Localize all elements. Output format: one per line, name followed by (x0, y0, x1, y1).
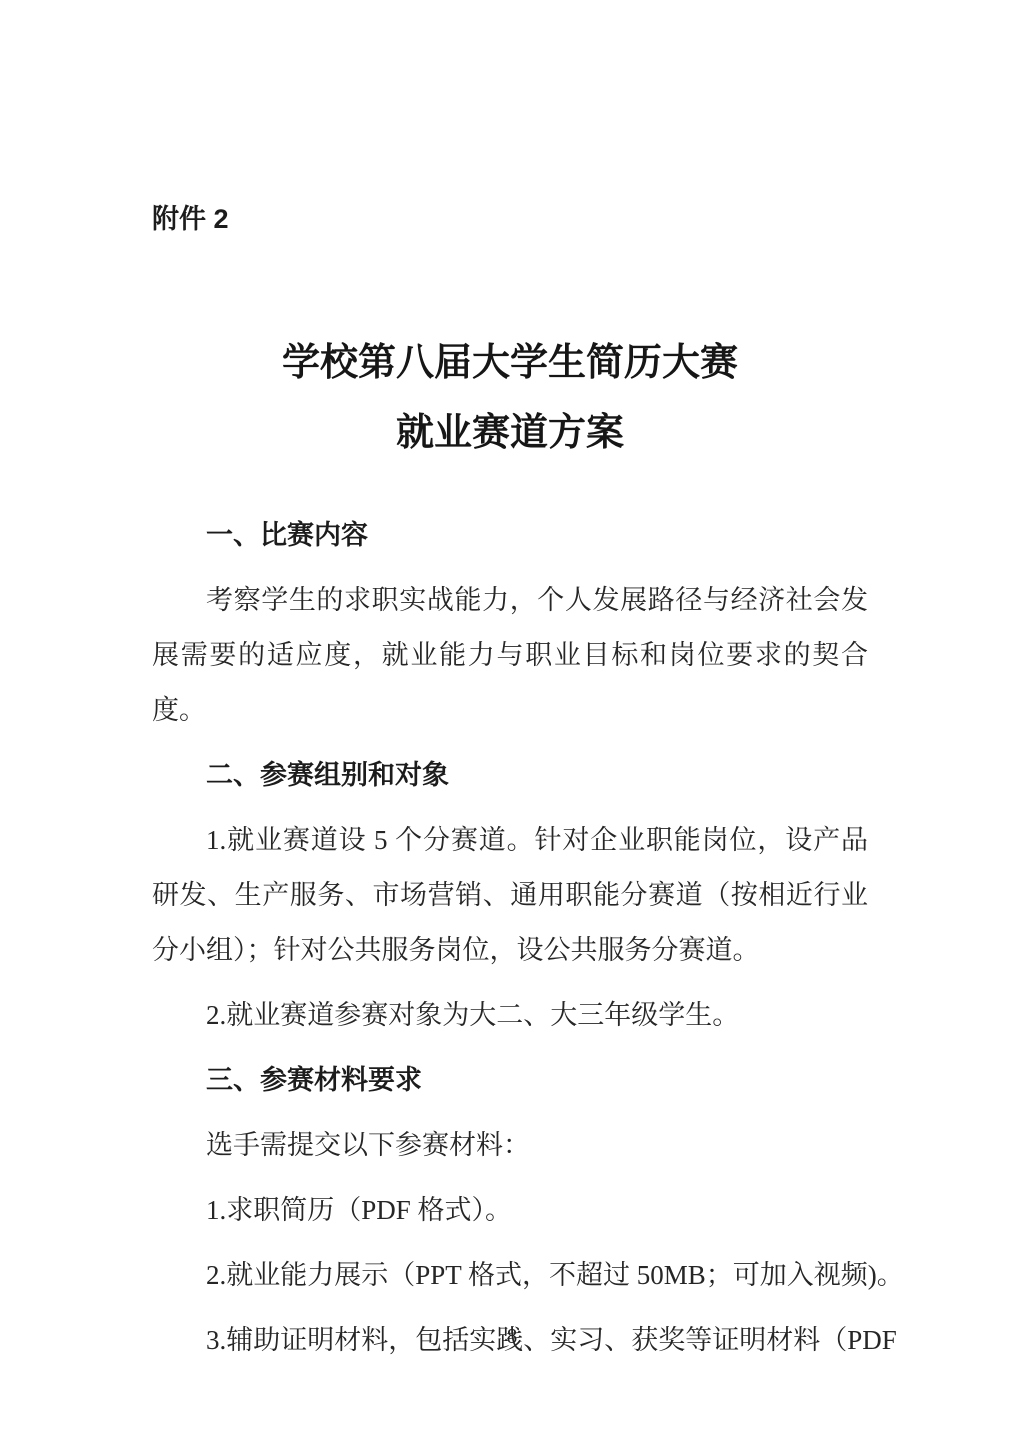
paragraph: 1.求职简历（PDF 格式）。 (152, 1183, 868, 1238)
paragraph: 1.就业赛道设 5 个分赛道。针对企业职能岗位，设产品研发、生产服务、市场营销、… (152, 813, 868, 978)
document-title-line-2: 就业赛道方案 (152, 398, 868, 468)
paragraph: 2.就业能力展示（PPT 格式，不超过 50MB；可加入视频)。 (152, 1248, 868, 1303)
section-groups-and-participants: 二、参赛组别和对象 1.就业赛道设 5 个分赛道。针对企业职能岗位，设产品研发、… (152, 748, 868, 1043)
section-competition-content: 一、比赛内容 考察学生的求职实战能力，个人发展路径与经济社会发展需要的适应度，就… (152, 508, 868, 738)
section-heading-3: 三、参赛材料要求 (152, 1053, 868, 1108)
document-title: 学校第八届大学生简历大赛 就业赛道方案 (152, 328, 868, 468)
section-material-requirements: 三、参赛材料要求 选手需提交以下参赛材料： 1.求职简历（PDF 格式）。 2.… (152, 1053, 868, 1368)
paragraph: 考察学生的求职实战能力，个人发展路径与经济社会发展需要的适应度，就业能力与职业目… (152, 573, 868, 738)
section-heading-1: 一、比赛内容 (152, 508, 868, 563)
paragraph: 选手需提交以下参赛材料： (152, 1118, 868, 1173)
section-heading-2: 二、参赛组别和对象 (152, 748, 868, 803)
document-content: 附件 2 学校第八届大学生简历大赛 就业赛道方案 一、比赛内容 考察学生的求职实… (152, 0, 868, 1378)
attachment-label: 附件 2 (152, 198, 868, 240)
document-title-line-1: 学校第八届大学生简历大赛 (152, 328, 868, 398)
paragraph: 2.就业赛道参赛对象为大二、大三年级学生。 (152, 988, 868, 1043)
page-number: 8 (0, 1324, 1024, 1348)
document-page: 附件 2 学校第八届大学生简历大赛 就业赛道方案 一、比赛内容 考察学生的求职实… (0, 0, 1024, 1448)
